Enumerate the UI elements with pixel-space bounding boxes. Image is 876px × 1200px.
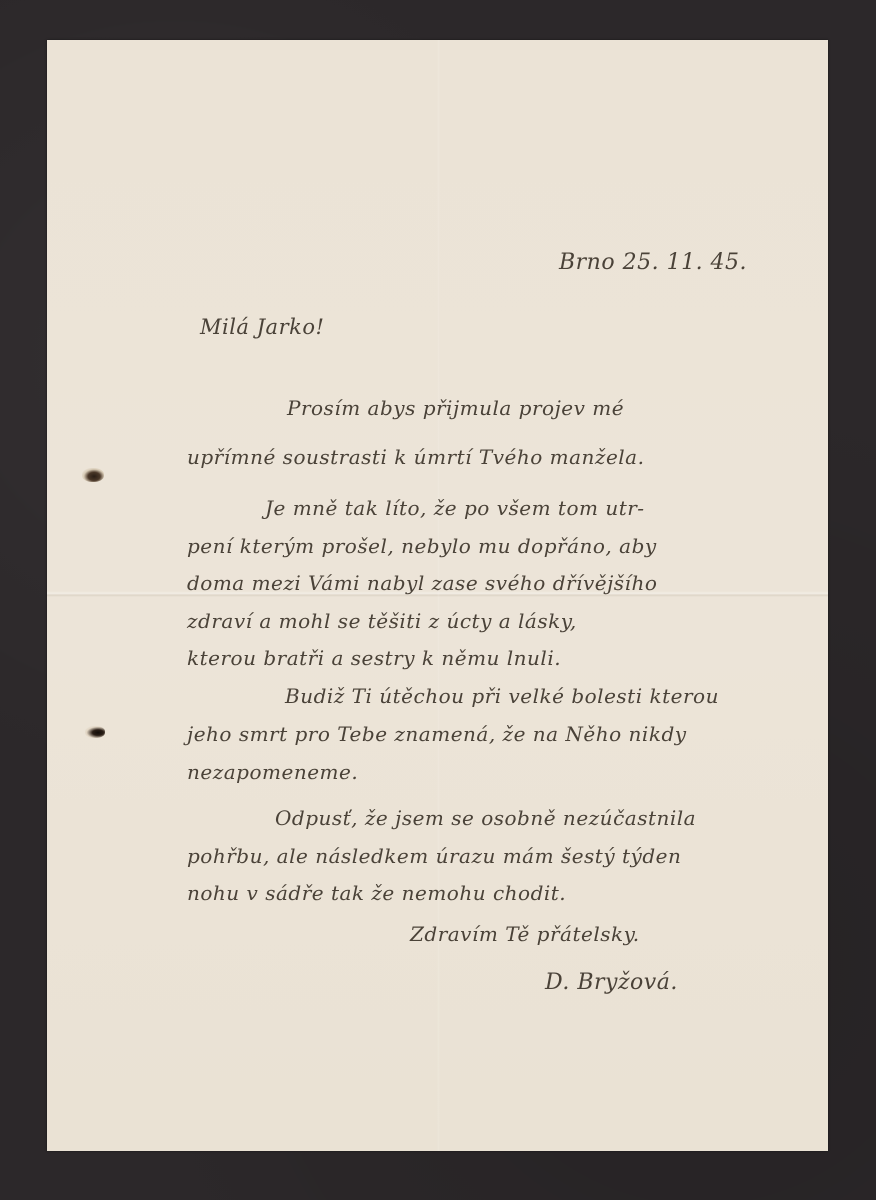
paragraph-4-line-2: pohřbu, ale následkem úrazu mám šestý tý…	[187, 846, 681, 866]
punch-hole-icon	[85, 726, 105, 738]
closing: Zdravím Tě přátelsky.	[410, 924, 640, 944]
paragraph-2-line-2: pení kterým prošel, nebylo mu dopřáno, a…	[187, 536, 657, 556]
paragraph-2-line-3: doma mezi Vámi nabyl zase svého dřívější…	[187, 573, 657, 593]
punch-hole-icon	[82, 468, 104, 482]
paragraph-1-line-1: Prosím abys přijmula projev mé	[287, 398, 624, 418]
paragraph-3-line-3: nezapomeneme.	[187, 762, 358, 782]
signature: D. Bryžová.	[545, 972, 678, 994]
paragraph-2-line-4: zdraví a mohl se těšiti z úcty a lásky,	[187, 611, 577, 631]
paragraph-4-line-1: Odpusť, že jsem se osobně nezúčastnila	[275, 808, 696, 828]
salutation: Milá Jarko!	[200, 317, 324, 338]
paragraph-2-line-5: kterou bratři a sestry k němu lnuli.	[187, 648, 561, 668]
vertical-fold-line	[437, 40, 440, 1151]
paragraph-3-line-2: jeho smrt pro Tebe znamená, že na Něho n…	[187, 724, 687, 744]
paragraph-3-line-1: Budiž Ti útěchou při velké bolesti ktero…	[285, 686, 719, 706]
place-date: Brno 25. 11. 45.	[559, 252, 747, 274]
paragraph-1-line-2: upřímné soustrasti k úmrtí Tvého manžela…	[187, 447, 644, 467]
paragraph-2-line-1: Je mně tak líto, že po všem tom utr-	[265, 498, 645, 518]
letter-sheet: Brno 25. 11. 45. Milá Jarko! Prosím abys…	[47, 40, 828, 1151]
paragraph-4-line-3: nohu v sádře tak že nemohu chodit.	[187, 883, 566, 903]
